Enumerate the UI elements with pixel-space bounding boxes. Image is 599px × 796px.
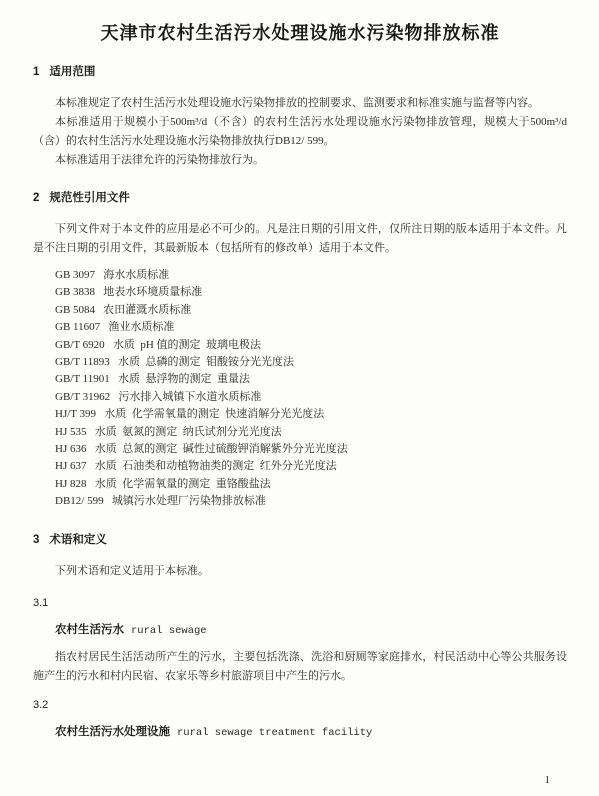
reference-item: DB12/ 599 城镇污水处理厂污染物排放标准 bbox=[55, 493, 567, 510]
reference-item: GB/T 11893 水质 总磷的测定 钼酸铵分光光度法 bbox=[55, 354, 567, 371]
reference-list: GB 3097 海水水质标准 GB 3838 地表水环境质量标准 GB 5084… bbox=[55, 267, 567, 511]
paragraph: 本标准规定了农村生活污水处理设施水污染物排放的控制要求、监测要求和标准实施与监督… bbox=[33, 94, 567, 113]
clause-number-3-1: 3.1 bbox=[33, 596, 567, 610]
reference-item: HJ 535 水质 氨氮的测定 纳氏试剂分光光度法 bbox=[55, 424, 567, 441]
section-number: 3 bbox=[33, 534, 39, 546]
section-heading-2: 2规范性引用文件 bbox=[33, 190, 567, 206]
reference-item: GB 11607 渔业水质标准 bbox=[55, 319, 567, 336]
reference-item: HJ 636 水质 总氮的测定 碱性过硫酸钾消解紫外分光光度法 bbox=[55, 441, 567, 458]
reference-item: HJ 828 水质 化学需氧量的测定 重铬酸盐法 bbox=[55, 476, 567, 493]
term-heading-3-1: 农村生活污水rural sewage bbox=[55, 621, 567, 639]
page-number: 1 bbox=[545, 774, 551, 786]
document-title: 天津市农村生活污水处理设施水污染物排放标准 bbox=[33, 20, 567, 46]
term-definition: 指农村居民生活活动所产生的污水，主要包括洗涤、洗浴和厨厕等家庭排水，村民活动中心… bbox=[33, 648, 567, 686]
section-heading-1: 1适用范围 bbox=[33, 64, 567, 80]
term-en: rural sewage treatment facility bbox=[177, 727, 372, 739]
paragraph: 本标准适用于规模小于500m³/d（不含）的农村生活污水处理设施水污染物排放管理… bbox=[33, 113, 567, 151]
page-content: 天津市农村生活污水处理设施水污染物排放标准 1适用范围 本标准规定了农村生活污水… bbox=[0, 0, 599, 741]
paragraph: 下列文件对于本文件的应用是必不可少的。凡是注日期的引用文件，仅所注日期的版本适用… bbox=[33, 220, 567, 258]
paragraph: 本标准适用于法律允许的污染物排放行为。 bbox=[33, 151, 567, 170]
term-zh: 农村生活污水 bbox=[55, 624, 124, 636]
section-heading-3: 3术语和定义 bbox=[33, 532, 567, 548]
section3-intro: 下列术语和定义适用于本标准。 bbox=[33, 562, 567, 581]
section2-intro: 下列文件对于本文件的应用是必不可少的。凡是注日期的引用文件，仅所注日期的版本适用… bbox=[33, 220, 567, 258]
term-heading-3-2: 农村生活污水处理设施rural sewage treatment facilit… bbox=[55, 723, 567, 741]
reference-item: GB/T 11901 水质 悬浮物的测定 重量法 bbox=[55, 371, 567, 388]
term-zh: 农村生活污水处理设施 bbox=[55, 726, 170, 738]
term-en: rural sewage bbox=[131, 625, 207, 637]
reference-item: HJ/T 399 水质 化学需氧量的测定 快速消解分光光度法 bbox=[55, 406, 567, 423]
reference-item: GB 5084 农田灌溉水质标准 bbox=[55, 302, 567, 319]
paragraph: 下列术语和定义适用于本标准。 bbox=[33, 562, 567, 581]
section1-paragraphs: 本标准规定了农村生活污水处理设施水污染物排放的控制要求、监测要求和标准实施与监督… bbox=[33, 94, 567, 170]
section-number: 2 bbox=[33, 192, 39, 204]
reference-item: GB 3838 地表水环境质量标准 bbox=[55, 284, 567, 301]
reference-item: HJ 637 水质 石油类和动植物油类的测定 红外分光光度法 bbox=[55, 458, 567, 475]
section-number: 1 bbox=[33, 66, 39, 78]
section-title: 规范性引用文件 bbox=[49, 192, 130, 204]
section-title: 适用范围 bbox=[49, 66, 95, 78]
reference-item: GB/T 31962 污水排入城镇下水道水质标准 bbox=[55, 389, 567, 406]
clause-number-3-2: 3.2 bbox=[33, 698, 567, 712]
reference-item: GB/T 6920 水质 pH 值的测定 玻璃电极法 bbox=[55, 337, 567, 354]
reference-item: GB 3097 海水水质标准 bbox=[55, 267, 567, 284]
document-page: 天津市农村生活污水处理设施水污染物排放标准 1适用范围 本标准规定了农村生活污水… bbox=[0, 0, 599, 796]
section-title: 术语和定义 bbox=[49, 534, 107, 546]
